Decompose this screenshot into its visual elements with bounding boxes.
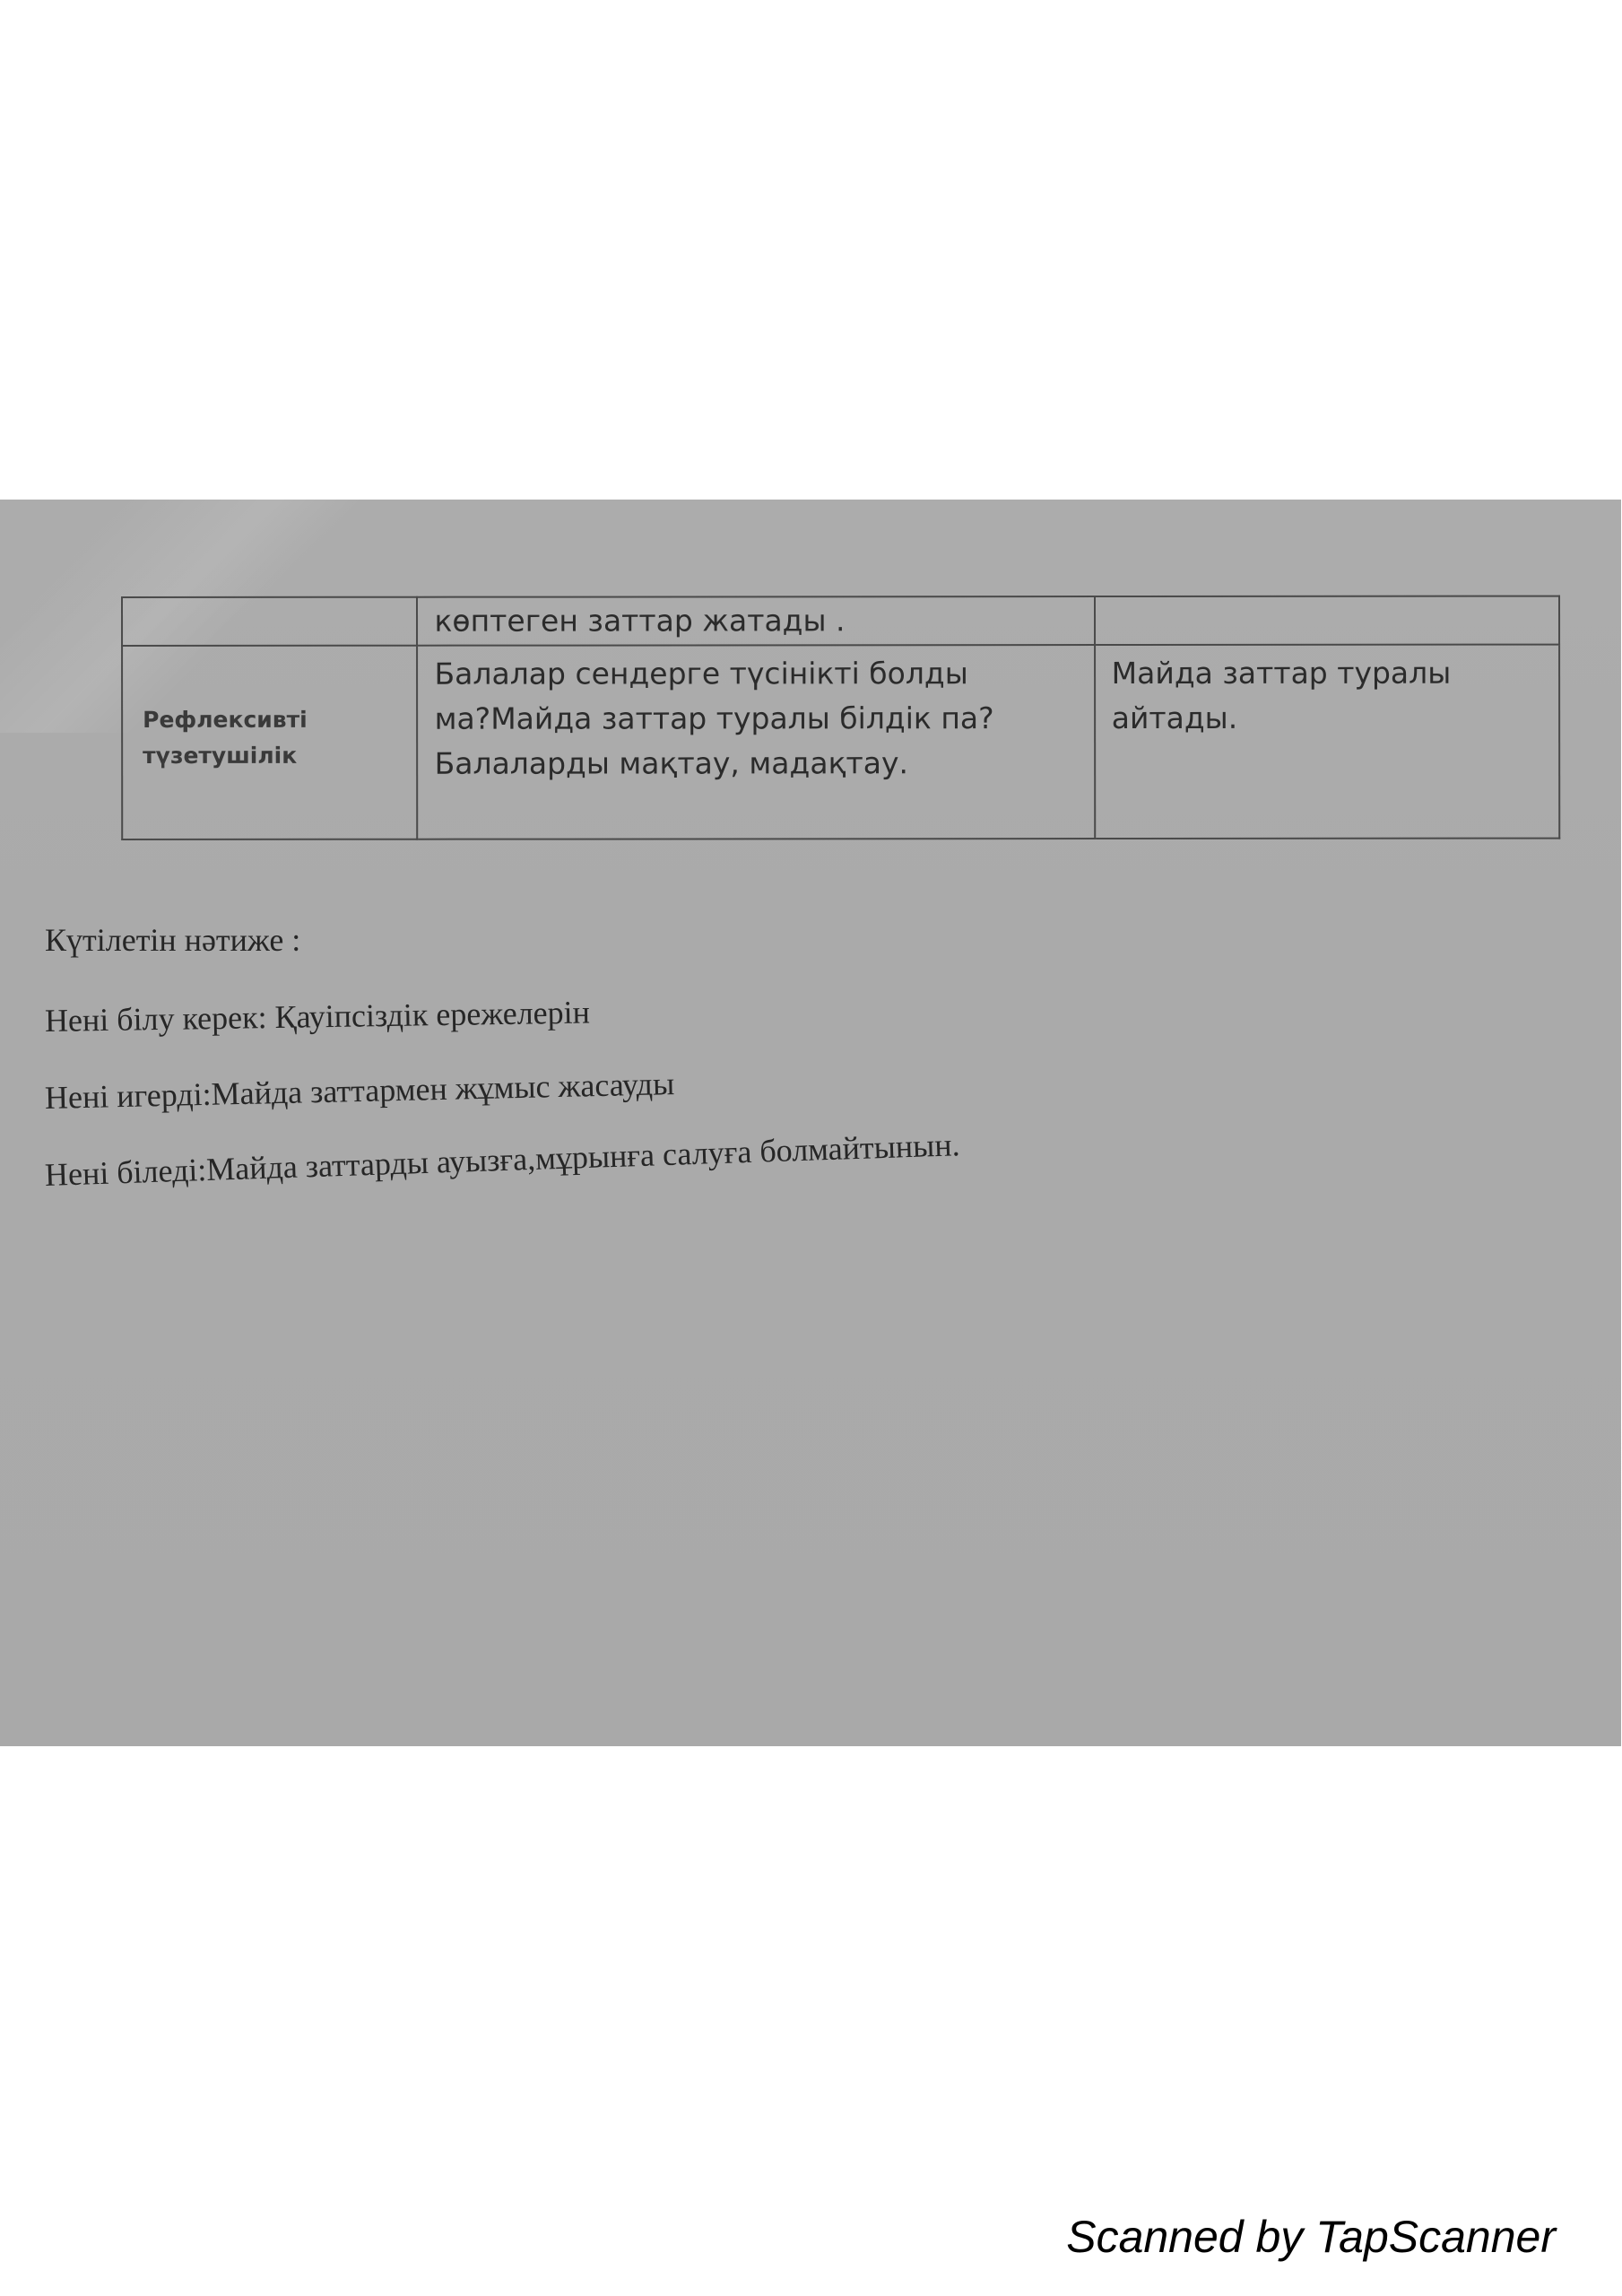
table-cell-child-activity: Майда заттар туралы айтады.: [1095, 645, 1560, 839]
lesson-table: көптеген заттар жатады . Рефлексивті түз…: [121, 596, 1560, 840]
stage-label: Рефлексивті: [143, 702, 407, 738]
outcome-knows: Нені біледі:Майда заттарды ауызға,мұрынғ…: [44, 1126, 960, 1194]
cell-text: Майда заттар туралы: [1112, 651, 1546, 696]
cell-text: Балалар сендерге түсінікті болды: [434, 651, 1080, 697]
table-cell-stage: [122, 597, 417, 646]
outcomes-heading: Күтілетін нәтиже :: [45, 921, 300, 959]
lesson-table-wrapper: көптеген заттар жатады . Рефлексивті түз…: [121, 596, 1560, 840]
cell-text: айтады.: [1112, 696, 1546, 741]
table-cell-teacher-activity: Балалар сендерге түсінікті болды ма?Майд…: [417, 645, 1094, 839]
cell-text: көптеген заттар жатады .: [434, 601, 1080, 641]
scanner-watermark: Scanned by TapScanner: [1066, 2211, 1556, 2263]
outcome-know: Нені білу керек: Қауіпсіздік ережелерін: [45, 993, 590, 1039]
cell-text: ма?Майда заттар туралы білдік па?: [435, 696, 1081, 742]
table-row: көптеген заттар жатады .: [122, 596, 1559, 646]
table-cell-teacher-activity: көптеген заттар жатады .: [417, 596, 1094, 646]
scanned-sheet: көптеген заттар жатады . Рефлексивті түз…: [0, 500, 1621, 1746]
table-cell-child-activity: [1095, 596, 1559, 645]
outcome-mastered: Нені игерді:Майда заттармен жұмыс жасауд…: [45, 1065, 675, 1117]
table-row: Рефлексивті түзетушілік Балалар сендерге…: [122, 645, 1559, 839]
cell-text: Балаларды мақтау, мадақтау.: [435, 741, 1081, 787]
stage-label: түзетушілік: [143, 738, 407, 774]
table-cell-stage: Рефлексивті түзетушілік: [122, 646, 418, 839]
